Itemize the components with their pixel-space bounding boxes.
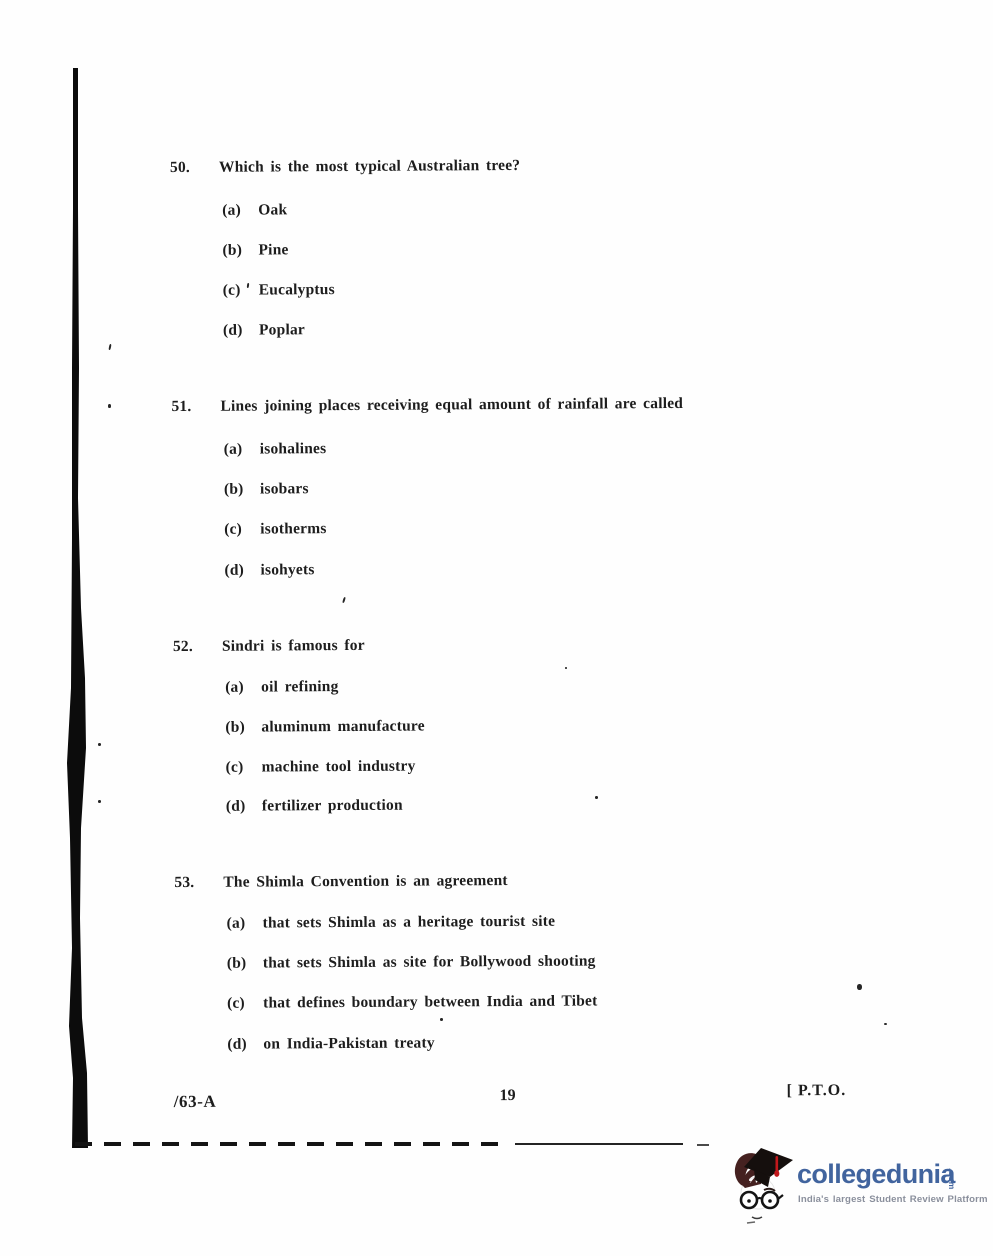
page-content: 50. Which is the most typical Australian… [0, 0, 993, 1256]
option-text: that sets Shimla as site for Bollywood s… [263, 952, 596, 972]
option-text: oil refining [261, 678, 338, 696]
question-52-option-b: (b) aluminum manufacture [3, 714, 993, 742]
option-label: (a) [225, 679, 244, 697]
option-text: on India-Pakistan treaty [263, 1034, 435, 1053]
option-text: that defines boundary between India and … [263, 992, 597, 1012]
scan-speck [884, 1023, 887, 1025]
option-text: Poplar [259, 321, 305, 339]
question-50-option-d: (d) Poplar [1, 317, 993, 345]
scan-speck [440, 1018, 443, 1021]
option-label: (d) [227, 1036, 247, 1054]
collegedunia-logo: collegedunia .com India's largest Studen… [731, 1147, 971, 1232]
collegedunia-tld-text: .com [947, 1168, 957, 1190]
option-label: (a) [224, 441, 243, 459]
option-label: (d) [224, 562, 244, 580]
question-53-option-d: (d) on India-Pakistan treaty [5, 1031, 993, 1059]
scan-speck [857, 984, 862, 990]
footer-booklet-code: /63-A [174, 1092, 217, 1112]
question-50-option-b: (b) Pine [0, 237, 993, 265]
option-text: Oak [258, 201, 287, 219]
question-51-option-d: (d) isohyets [2, 557, 993, 585]
question-52-option-a: (a) oil refining [3, 674, 993, 702]
collegedunia-mascot-icon [731, 1147, 795, 1227]
scan-speck [98, 800, 101, 803]
separator-line-fragment [697, 1144, 709, 1146]
question-text: The Shimla Convention is an agreement [223, 872, 508, 892]
scan-speck [98, 743, 101, 746]
option-text: isohalines [260, 440, 327, 458]
option-text: fertilizer production [262, 797, 403, 816]
option-text: isotherms [260, 520, 326, 538]
option-text: aluminum manufacture [261, 718, 424, 737]
question-51-option-b: (b) isobars [2, 476, 993, 504]
option-label: (b) [222, 242, 242, 260]
option-text: isobars [260, 480, 309, 498]
option-label: (d) [226, 798, 246, 816]
question-text: Sindri is famous for [222, 637, 365, 656]
question-number: 51. [171, 398, 191, 416]
separator-thin-line [515, 1143, 683, 1145]
question-text: Which is the most typical Australian tre… [219, 157, 520, 177]
question-53-option-c: (c) that defines boundary between India … [5, 990, 993, 1018]
option-text: Eucalyptus [259, 281, 335, 299]
question-50-option-c: (c) Eucalyptus [1, 277, 993, 305]
question-52: 52. Sindri is famous for [3, 633, 993, 661]
option-text: machine tool industry [262, 758, 416, 777]
option-label: (b) [225, 719, 245, 737]
question-52-option-c: (c) machine tool industry [4, 754, 993, 782]
collegedunia-brand-text: collegedunia [797, 1159, 955, 1190]
footer-page-number: 19 [500, 1087, 516, 1105]
collegedunia-tagline: India's largest Student Review Platform [798, 1194, 988, 1205]
question-number: 52. [173, 638, 193, 656]
question-53-option-b: (b) that sets Shimla as site for Bollywo… [5, 950, 993, 978]
question-51-option-a: (a) isohalines [2, 436, 993, 464]
option-label: (c) [226, 759, 244, 777]
option-label: (d) [223, 322, 243, 340]
option-text: that sets Shimla as a heritage tourist s… [263, 913, 556, 933]
scanned-exam-page: 50. Which is the most typical Australian… [0, 0, 993, 1256]
option-label: (a) [222, 202, 241, 220]
option-label: (b) [227, 955, 247, 973]
footer-pto-label: [ P.T.O. [787, 1082, 847, 1100]
scan-speck [108, 404, 111, 408]
option-text: isohyets [260, 561, 314, 579]
question-text: Lines joining places receiving equal amo… [220, 395, 683, 416]
question-50-option-a: (a) Oak [0, 197, 993, 225]
option-label: (c) [223, 282, 241, 300]
question-number: 53. [174, 874, 194, 892]
separator-dashed-line [75, 1142, 510, 1146]
question-51-option-c: (c) isotherms [2, 516, 993, 544]
option-label: (c) [224, 521, 242, 539]
scan-speck [565, 667, 567, 669]
option-label: (c) [227, 995, 245, 1013]
question-50: 50. Which is the most typical Australian… [0, 154, 993, 182]
option-label: (b) [224, 481, 244, 499]
scan-speck [595, 796, 598, 799]
question-53: 53. The Shimla Convention is an agreemen… [4, 869, 993, 897]
question-52-option-d: (d) fertilizer production [4, 793, 993, 821]
question-number: 50. [170, 159, 190, 177]
question-51: 51. Lines joining places receiving equal… [1, 393, 993, 421]
option-text: Pine [258, 241, 288, 259]
option-label: (a) [227, 915, 246, 933]
question-53-option-a: (a) that sets Shimla as a heritage touri… [5, 910, 993, 938]
